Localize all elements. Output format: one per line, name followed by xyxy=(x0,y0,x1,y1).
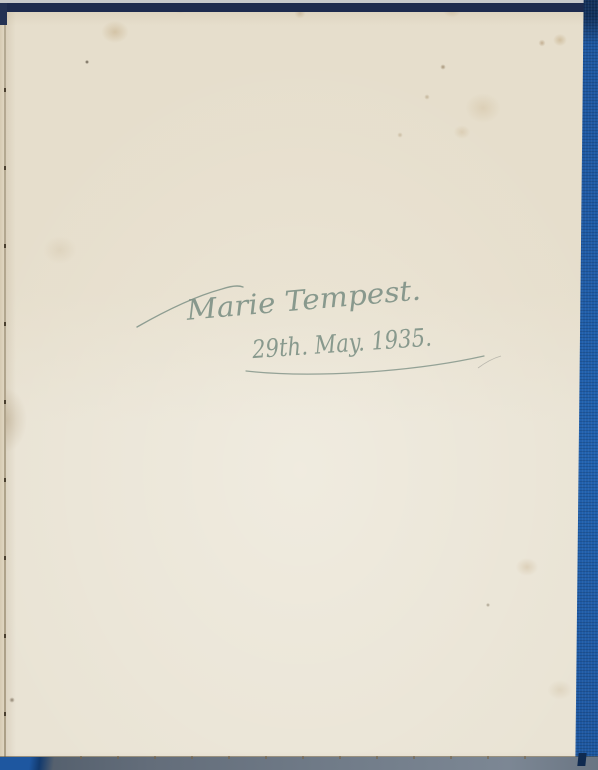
stray-mark xyxy=(478,356,501,368)
date-text: 29th. May. 1935. xyxy=(250,323,432,365)
handwritten-inscription: Marie Tempest. 29th. May. 1935. xyxy=(0,0,598,770)
book-flyleaf-photo: Marie Tempest. 29th. May. 1935. xyxy=(0,0,598,770)
signature-text: Marie Tempest. xyxy=(184,274,422,327)
